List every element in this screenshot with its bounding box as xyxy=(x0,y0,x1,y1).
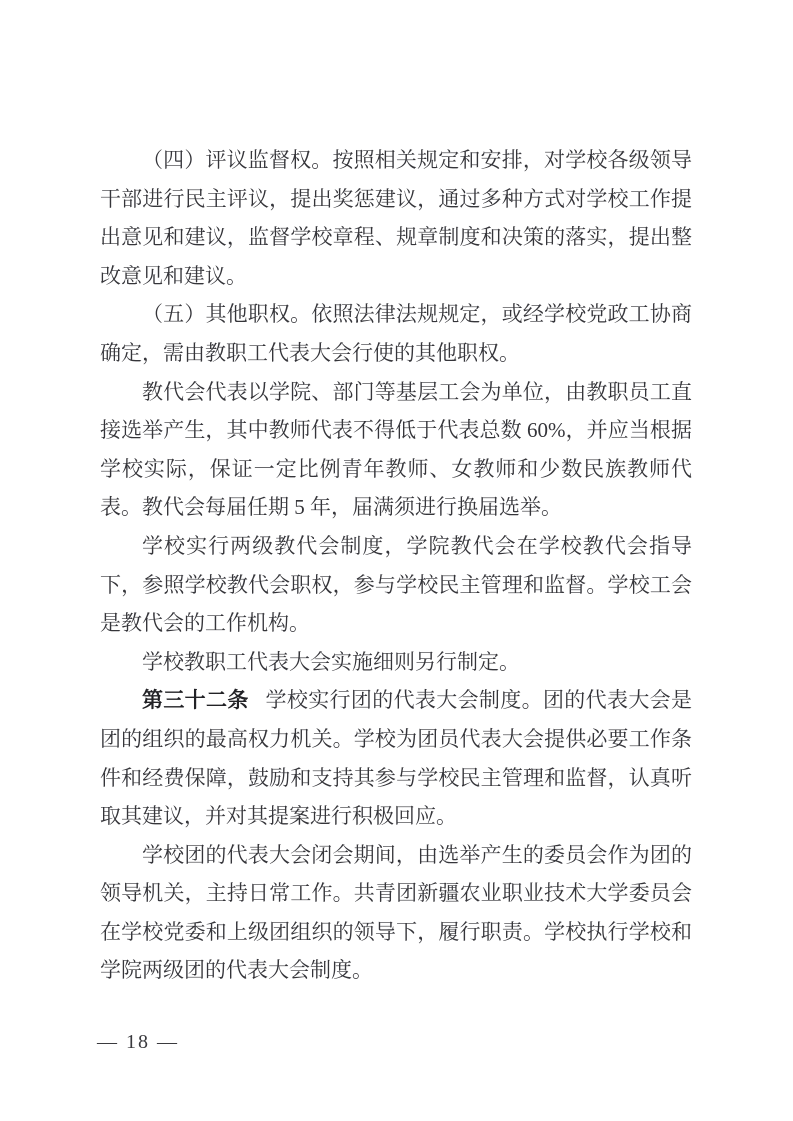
paragraph-clause-4: （四）评议监督权。按照相关规定和安排，对学校各级领导干部进行民主评议，提出奖惩建… xyxy=(100,141,692,295)
paragraph-implementation-rules: 学校教职工代表大会实施细则另行制定。 xyxy=(100,643,692,682)
paragraph-article-32: 第三十二条学校实行团的代表大会制度。团的代表大会是团的组织的最高权力机关。学校为… xyxy=(100,681,692,835)
article-32-heading: 第三十二条 xyxy=(142,688,249,712)
paragraph-youth-league-committee: 学校团的代表大会闭会期间，由选举产生的委员会作为团的领导机关，主持日常工作。共青… xyxy=(100,836,692,990)
document-body: （四）评议监督权。按照相关规定和安排，对学校各级领导干部进行民主评议，提出奖惩建… xyxy=(100,141,692,990)
paragraph-clause-5: （五）其他职权。依照法律法规规定，或经学校党政工协商确定，需由教职工代表大会行使… xyxy=(100,295,692,372)
document-page: （四）评议监督权。按照相关规定和安排，对学校各级领导干部进行民主评议，提出奖惩建… xyxy=(0,0,793,1121)
page-number: — 18 — xyxy=(97,1031,179,1054)
paragraph-staff-congress-reps: 教代会代表以学院、部门等基层工会为单位，由教职员工直接选举产生，其中教师代表不得… xyxy=(100,373,692,527)
paragraph-two-level-congress: 学校实行两级教代会制度，学院教代会在学校教代会指导下，参照学校教代会职权，参与学… xyxy=(100,527,692,643)
